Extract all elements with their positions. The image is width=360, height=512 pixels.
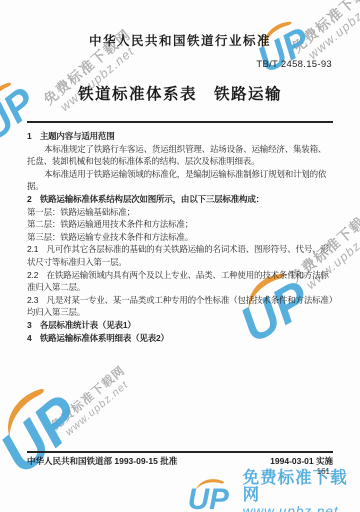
document-title: 铁道标准体系表 铁路运输: [0, 82, 360, 104]
standard-number: TB/T 2458.15-93: [256, 59, 332, 70]
section-3-heading: 3 各层标准统计表（见表1）: [27, 319, 333, 332]
footer-divider: [27, 451, 333, 453]
document-body: 1 主题内容与适用范围 本标准规定了铁路行车客运、货运组织管理、站场设备、运输经…: [27, 130, 333, 344]
standard-type-heading: 中华人民共和国铁道行业标准: [0, 31, 360, 49]
section-1-paragraph: 本标准适用于铁路运输领域的标准化，是编制运输标准制修订规划和计划的依据。: [27, 168, 333, 193]
section-4-heading: 4 铁路运输标准体系明细表（见表2）: [27, 332, 333, 345]
section-1-heading: 1 主题内容与适用范围: [27, 130, 333, 143]
section-1-paragraph: 本标准规定了铁路行车客运、货运组织管理、站场设备、运输经济、集装箱、托盘、装卸机…: [27, 143, 333, 168]
approval-note: 中华人民共和国铁道部 1993-09-15 批准: [27, 455, 177, 467]
layer-item: 第一层：铁路运输基础标准；: [27, 206, 333, 219]
footer: 中华人民共和国铁道部 1993-09-15 批准 1994-03-01 实施: [27, 455, 333, 467]
clause-2-1: 2.1 凡可作其它各层标准的基础的有关铁路运输的名词术语、图形符号、代号、形状尺…: [27, 243, 333, 268]
clause-2-2: 2.2 在铁路运输领域内具有两个及以上专业、品类、工种使用的技术条件和方法标准归…: [27, 269, 333, 294]
header-divider: [27, 121, 333, 123]
layer-item: 第二层：铁路运输通用技术条件和方法标准；: [27, 218, 333, 231]
page-number: 161: [317, 467, 330, 476]
clause-2-3: 2.3 凡是对某一专业、某一品类或工种专用的个性标准（包括技术条件和方法标准）均…: [27, 294, 333, 319]
section-2-heading: 2 铁路运输标准体系结构层次如图所示，由以下三层标准构成：: [27, 193, 333, 206]
implementation-note: 1994-03-01 实施: [270, 455, 333, 467]
layer-item: 第三层：铁路运输专业技术条件和方法标准。: [27, 231, 333, 244]
document-content: 中华人民共和国铁道行业标准 TB/T 2458.15-93 铁道标准体系表 铁路…: [0, 0, 360, 512]
document-page: 免费标准下载网 www.upbz.net 免费标准下载网 www.upbz.ne…: [0, 0, 360, 512]
